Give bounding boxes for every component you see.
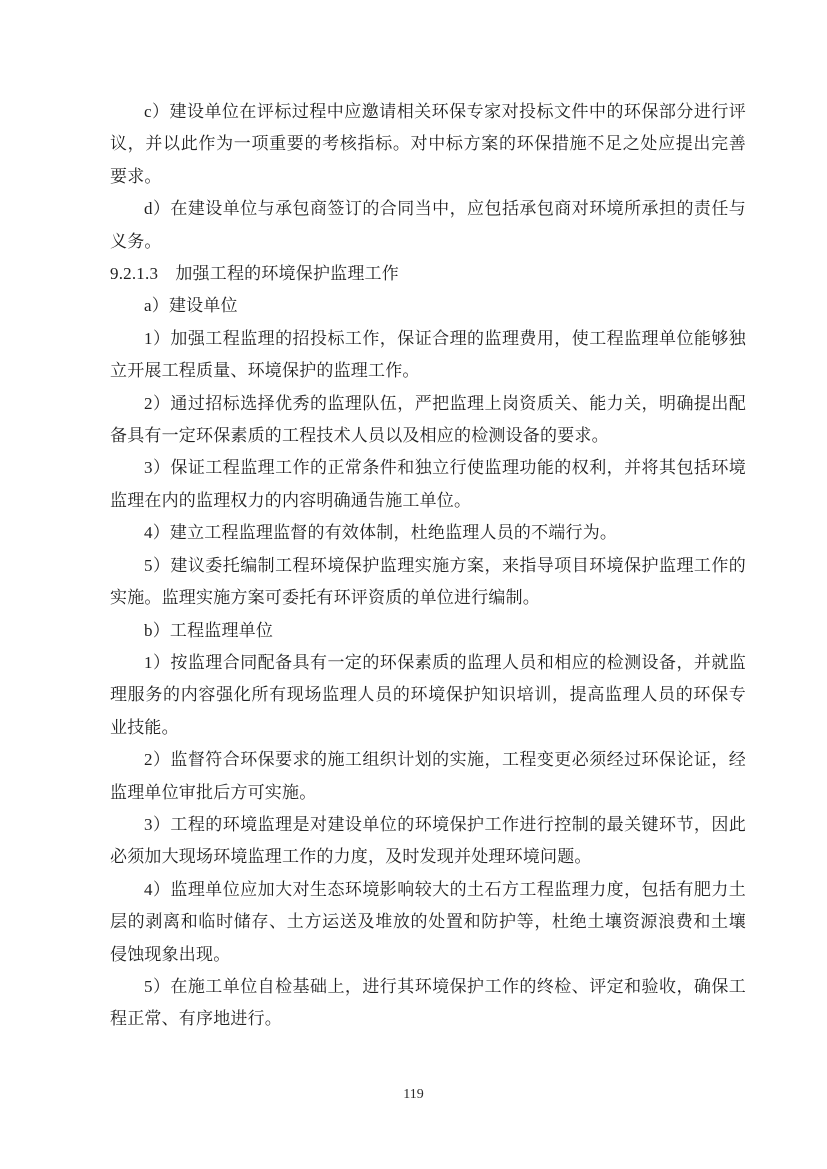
paragraph: 3）保证工程监理工作的正常条件和独立行使监理功能的权利，并将其包括环境监理在内的…: [110, 452, 746, 517]
paragraph: b）工程监理单位: [110, 615, 746, 647]
paragraph: 4）监理单位应加大对生态环境影响较大的土石方工程监理力度，包括有肥力土层的剥离和…: [110, 874, 746, 971]
document-body: c）建设单位在评标过程中应邀请相关环保专家对投标文件中的环保部分进行评议，并以此…: [110, 96, 746, 1036]
document-page: c）建设单位在评标过程中应邀请相关环保专家对投标文件中的环保部分进行评议，并以此…: [0, 0, 827, 1169]
paragraph: 1）按监理合同配备具有一定的环保素质的监理人员和相应的检测设备，并就监理服务的内…: [110, 647, 746, 744]
paragraph: a）建设单位: [110, 290, 746, 322]
paragraph: 2）通过招标选择优秀的监理队伍，严把监理上岗资质关、能力关，明确提出配备具有一定…: [110, 388, 746, 453]
paragraph: d）在建设单位与承包商签订的合同当中，应包括承包商对环境所承担的责任与义务。: [110, 193, 746, 258]
paragraph: 5）在施工单位自检基础上，进行其环境保护工作的终检、评定和验收，确保工程正常、有…: [110, 971, 746, 1036]
section-heading: 9.2.1.3 加强工程的环境保护监理工作: [110, 258, 746, 290]
paragraph: 3）工程的环境监理是对建设单位的环境保护工作进行控制的最关键环节，因此必须加大现…: [110, 809, 746, 874]
page-number: 119: [0, 1085, 827, 1105]
paragraph: 2）监督符合环保要求的施工组织计划的实施，工程变更必须经过环保论证，经监理单位审…: [110, 744, 746, 809]
paragraph: 4）建立工程监理监督的有效体制，杜绝监理人员的不端行为。: [110, 517, 746, 549]
paragraph: 1）加强工程监理的招投标工作，保证合理的监理费用，使工程监理单位能够独立开展工程…: [110, 323, 746, 388]
paragraph: 5）建议委托编制工程环境保护监理实施方案，来指导项目环境保护监理工作的实施。监理…: [110, 550, 746, 615]
paragraph: c）建设单位在评标过程中应邀请相关环保专家对投标文件中的环保部分进行评议，并以此…: [110, 96, 746, 193]
